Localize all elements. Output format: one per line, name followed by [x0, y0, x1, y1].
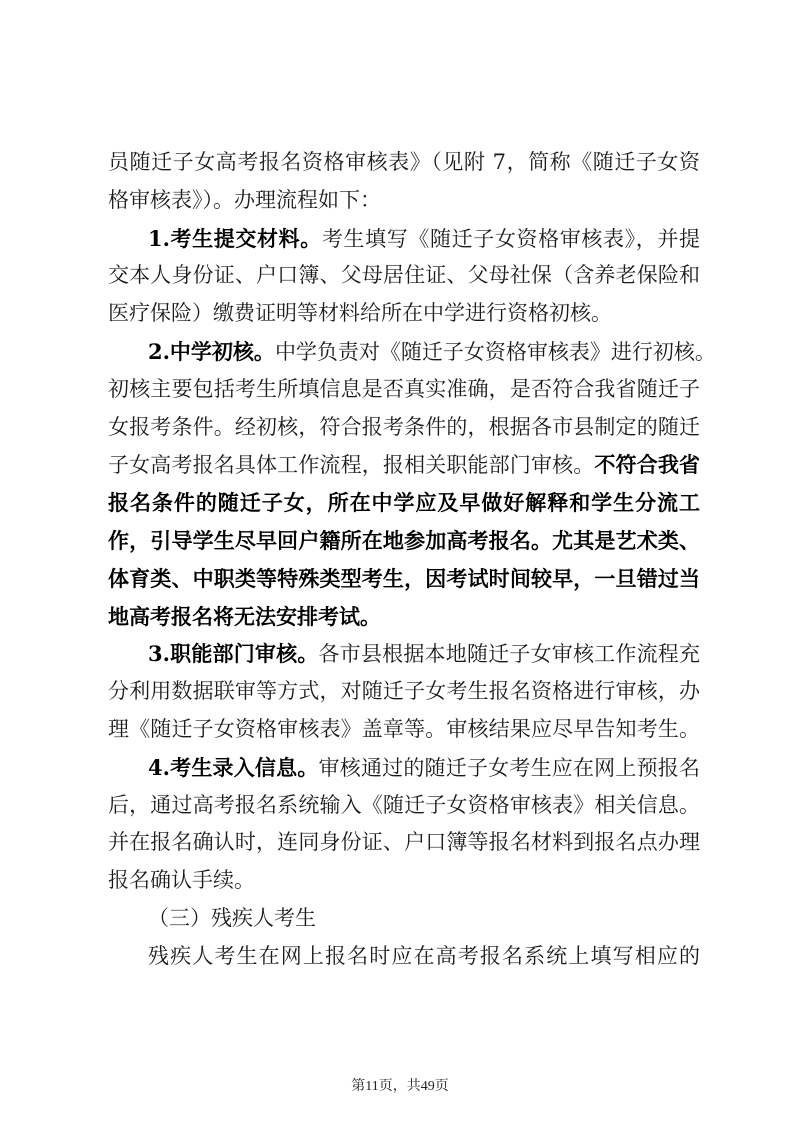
text-run: 初核主要包括考生所填信息是否真实准确，是否符合我省随迁子	[108, 377, 700, 401]
text-line: 残疾人考生在网上报名时应在高考报名系统上填写相应的	[108, 938, 700, 976]
body-text: 员随迁子女高考报名资格审核表》（见附 7，简称《随迁子女资 格审核表》）。办理流…	[108, 144, 700, 976]
text-line: 分利用数据联审等方式，对随迁子女考生报名资格进行审核，办	[108, 673, 700, 711]
text-line: 理《随迁子女资格审核表》盖章等。审核结果应尽早告知考生。	[108, 711, 700, 749]
document-page: 员随迁子女高考报名资格审核表》（见附 7，简称《随迁子女资 格审核表》）。办理流…	[0, 0, 800, 1131]
text-line: 报名确认手续。	[108, 862, 700, 900]
text-run: 残疾人考生在网上报名时应在高考报名系统上填写相应的	[148, 944, 700, 968]
section-heading: （三）残疾人考生	[108, 900, 700, 938]
text-line: 医疗保险）缴费证明等材料给所在中学进行资格初核。	[108, 295, 700, 333]
text-run: 医疗保险）缴费证明等材料给所在中学进行资格初核。	[108, 301, 612, 325]
step-2-heading-line: 2.中学初核。中学负责对《随迁子女资格审核表》进行初核。	[108, 333, 700, 371]
text-run: 后，通过高考报名系统输入《随迁子女资格审核表》相关信息。	[108, 793, 700, 817]
step-1-heading-line: 1.考生提交材料。考生填写《随迁子女资格审核表》，并提	[108, 220, 700, 258]
text-line: 交本人身份证、户口簿、父母居住证、父母社保（含养老保险和	[108, 257, 700, 295]
text-run: 分利用数据联审等方式，对随迁子女考生报名资格进行审核，办	[108, 679, 700, 703]
emphasis-text: 不符合我省	[594, 452, 700, 477]
text-line: 员随迁子女高考报名资格审核表》（见附 7，简称《随迁子女资	[108, 144, 700, 182]
emphasis-text: 地高考报名将无法安排考试。	[108, 604, 381, 629]
text-run: 各市县根据本地随迁子女审核工作流程充	[319, 642, 700, 666]
step-title: 3.职能部门审核。	[148, 641, 319, 666]
text-line: 体育类、中职类等特殊类型考生，因考试时间较早，一旦错过当	[108, 560, 700, 598]
step-4-heading-line: 4.考生录入信息。审核通过的随迁子女考生应在网上预报名	[108, 749, 700, 787]
text-run: 交本人身份证、户口簿、父母居住证、父母社保（含养老保险和	[108, 263, 700, 287]
text-run: 报名确认手续。	[108, 868, 255, 892]
text-run: 理《随迁子女资格审核表》盖章等。审核结果应尽早告知考生。	[108, 717, 700, 741]
text-run: 员随迁子女高考报名资格审核表》（见附 7，简称《随迁子女资	[108, 150, 700, 174]
text-run: 女报考条件。经初核，符合报考条件的，根据各市县制定的随迁	[108, 415, 700, 439]
emphasis-text: 报名条件的随迁子女，所在中学应及早做好解释和学生分流工	[108, 490, 700, 515]
text-line: 并在报名确认时，连同身份证、户口簿等报名材料到报名点办理	[108, 824, 700, 862]
step-title: 1.考生提交材料。	[148, 226, 322, 251]
text-run: 并在报名确认时，连同身份证、户口簿等报名材料到报名点办理	[108, 830, 700, 854]
text-run: 格审核表》）。办理流程如下：	[108, 188, 381, 212]
text-line: 子女高考报名具体工作流程，报相关职能部门审核。不符合我省	[108, 446, 700, 484]
text-run: 审核通过的随迁子女考生应在网上预报名	[319, 756, 700, 780]
step-title: 4.考生录入信息。	[148, 755, 319, 780]
section-title: （三）残疾人考生	[148, 906, 316, 930]
step-3-heading-line: 3.职能部门审核。各市县根据本地随迁子女审核工作流程充	[108, 635, 700, 673]
text-run: 中学负责对《随迁子女资格审核表》进行初核。	[275, 340, 716, 364]
text-line: 初核主要包括考生所填信息是否真实准确，是否符合我省随迁子	[108, 371, 700, 409]
text-run: 子女高考报名具体工作流程，报相关职能部门审核。	[108, 453, 594, 477]
text-line: 作，引导学生尽早回户籍所在地参加高考报名。尤其是艺术类、	[108, 522, 700, 560]
page-number: 第11页，共49页	[0, 1075, 800, 1095]
text-line: 格审核表》）。办理流程如下：	[108, 182, 700, 220]
text-line: 地高考报名将无法安排考试。	[108, 598, 700, 636]
text-line: 后，通过高考报名系统输入《随迁子女资格审核表》相关信息。	[108, 787, 700, 825]
emphasis-text: 体育类、中职类等特殊类型考生，因考试时间较早，一旦错过当	[108, 566, 700, 591]
text-line: 女报考条件。经初核，符合报考条件的，根据各市县制定的随迁	[108, 409, 700, 447]
emphasis-text: 作，引导学生尽早回户籍所在地参加高考报名。尤其是艺术类、	[108, 528, 700, 553]
text-run: 考生填写《随迁子女资格审核表》，并提	[322, 227, 700, 251]
text-line: 报名条件的随迁子女，所在中学应及早做好解释和学生分流工	[108, 484, 700, 522]
step-title: 2.中学初核。	[148, 339, 275, 364]
